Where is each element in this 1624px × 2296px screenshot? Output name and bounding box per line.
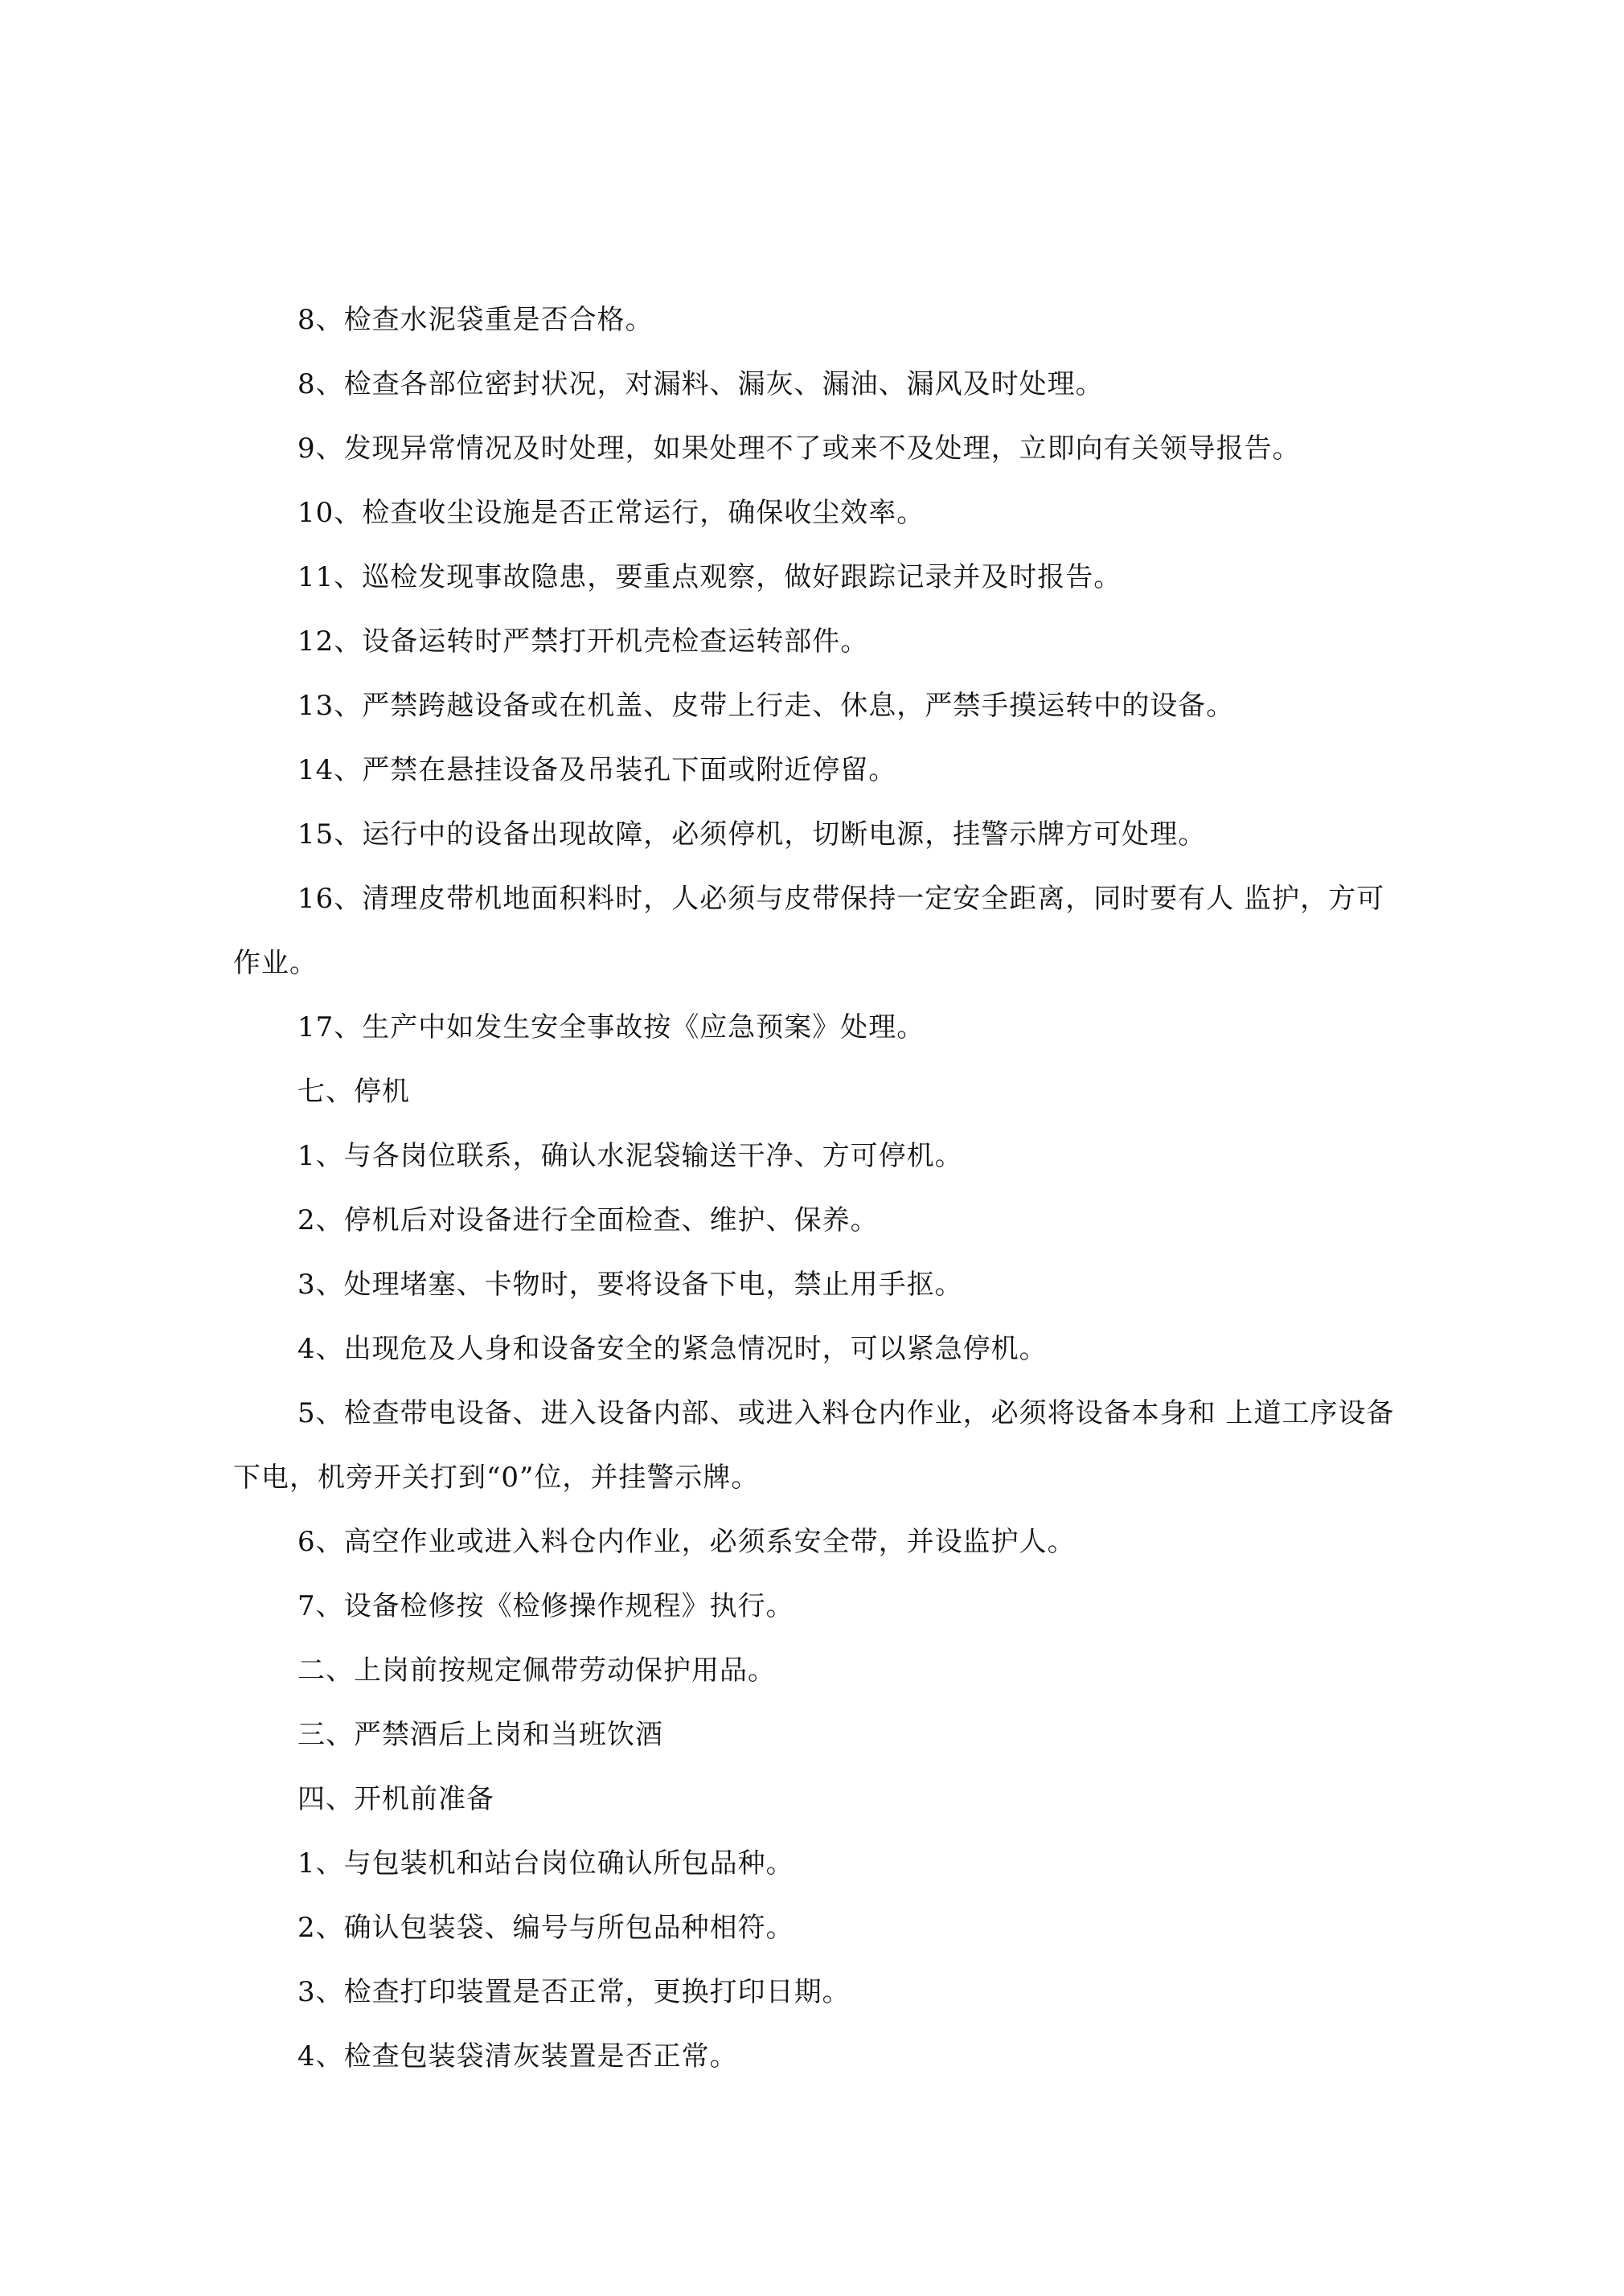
paragraph-shutdown-2: 2、停机后对设备进行全面检查、维护、保养。 bbox=[233, 1188, 1395, 1253]
paragraph-item-14-hoisting: 14、严禁在悬挂设备及吊装孔下面或附近停留。 bbox=[233, 738, 1395, 802]
paragraph-startup-4: 4、检查包装袋清灰装置是否正常。 bbox=[233, 2024, 1395, 2089]
paragraph-item-8-bag-weight: 8、检查水泥袋重是否合格。 bbox=[233, 288, 1395, 352]
section-heading-protective-gear: 二、上岗前按规定佩带劳动保护用品。 bbox=[233, 1638, 1395, 1703]
paragraph-shutdown-5: 5、检查带电设备、进入设备内部、或进入料仓内作业，必须将设备本身和 上道工序设备… bbox=[233, 1381, 1395, 1510]
paragraph-item-17-emergency: 17、生产中如发生安全事故按《应急预案》处理。 bbox=[233, 995, 1395, 1060]
paragraph-shutdown-3: 3、处理堵塞、卡物时，要将设备下电，禁止用手抠。 bbox=[233, 1253, 1395, 1317]
paragraph-shutdown-7: 7、设备检修按《检修操作规程》执行。 bbox=[233, 1574, 1395, 1638]
section-heading-no-alcohol: 三、严禁酒后上岗和当班饮酒 bbox=[233, 1703, 1395, 1767]
paragraph-shutdown-1: 1、与各岗位联系，确认水泥袋输送干净、方可停机。 bbox=[233, 1124, 1395, 1188]
document-page: 8、检查水泥袋重是否合格。 8、检查各部位密封状况，对漏料、漏灰、漏油、漏风及时… bbox=[0, 0, 1624, 2296]
paragraph-item-13-crossing: 13、严禁跨越设备或在机盖、皮带上行走、休息，严禁手摸运转中的设备。 bbox=[233, 674, 1395, 738]
paragraph-item-9-abnormal: 9、发现异常情况及时处理，如果处理不了或来不及处理，立即向有关领导报告。 bbox=[233, 416, 1395, 481]
paragraph-startup-2: 2、确认包装袋、编号与所包品种相符。 bbox=[233, 1896, 1395, 1960]
paragraph-item-8-seal-check: 8、检查各部位密封状况，对漏料、漏灰、漏油、漏风及时处理。 bbox=[233, 352, 1395, 416]
paragraph-startup-1: 1、与包装机和站台岗位确认所包品种。 bbox=[233, 1831, 1395, 1896]
paragraph-shutdown-4: 4、出现危及人身和设备安全的紧急情况时，可以紧急停机。 bbox=[233, 1317, 1395, 1381]
section-heading-shutdown: 七、停机 bbox=[233, 1060, 1395, 1124]
paragraph-item-12-casing: 12、设备运转时严禁打开机壳检查运转部件。 bbox=[233, 609, 1395, 674]
paragraph-startup-3: 3、检查打印装置是否正常，更换打印日期。 bbox=[233, 1960, 1395, 2024]
document-body: 8、检查水泥袋重是否合格。 8、检查各部位密封状况，对漏料、漏灰、漏油、漏风及时… bbox=[233, 288, 1395, 2089]
paragraph-item-16-belt-cleaning: 16、清理皮带机地面积料时，人必须与皮带保持一定安全距离，同时要有人 监护，方可… bbox=[233, 867, 1395, 995]
section-heading-startup-prep: 四、开机前准备 bbox=[233, 1767, 1395, 1831]
paragraph-item-10-dust: 10、检查收尘设施是否正常运行，确保收尘效率。 bbox=[233, 481, 1395, 545]
paragraph-item-11-hazard: 11、巡检发现事故隐患，要重点观察，做好跟踪记录并及时报告。 bbox=[233, 545, 1395, 609]
paragraph-item-15-fault: 15、运行中的设备出现故障，必须停机，切断电源，挂警示牌方可处理。 bbox=[233, 802, 1395, 867]
paragraph-shutdown-6: 6、高空作业或进入料仓内作业，必须系安全带，并设监护人。 bbox=[233, 1510, 1395, 1574]
